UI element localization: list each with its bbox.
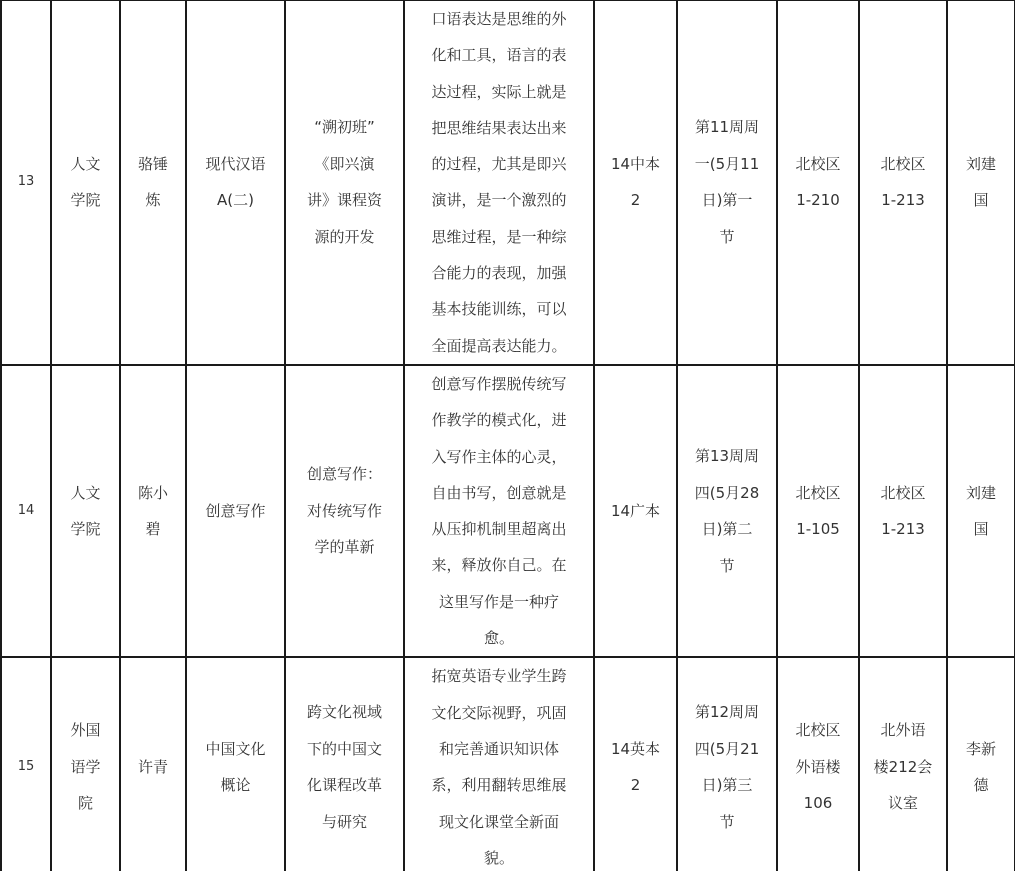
cell-index: 14 <box>1 365 51 657</box>
cell-class: 14中本2 <box>594 0 677 365</box>
cell-teacher: 许青 <box>120 657 186 871</box>
cell-index: 13 <box>1 0 51 365</box>
cell-teacher: 陈小碧 <box>120 365 186 657</box>
cell-supervisor: 刘建国 <box>947 0 1015 365</box>
cell-class: 14英本2 <box>594 657 677 871</box>
table-row: 13 人文学院 骆锤炼 现代汉语A(二) “溯初班”《即兴演讲》课程资源的开发 … <box>1 0 1015 365</box>
cell-description: 拓宽英语专业学生跨文化交际视野，巩固和完善通识知识体系，利用翻转思维展现文化课堂… <box>404 657 594 871</box>
table-row: 14 人文学院 陈小碧 创意写作 创意写作：对传统写作学的革新 创意写作摆脱传统… <box>1 365 1015 657</box>
cell-classroom: 北校区1-210 <box>777 0 859 365</box>
cell-college: 人文学院 <box>51 365 120 657</box>
cell-time: 第12周周四(5月21日)第三节 <box>677 657 777 871</box>
cell-meeting-room: 北外语楼212会议室 <box>859 657 947 871</box>
cell-time: 第11周周一(5月11日)第一节 <box>677 0 777 365</box>
cell-index: 15 <box>1 657 51 871</box>
cell-teacher: 骆锤炼 <box>120 0 186 365</box>
course-schedule-table: 13 人文学院 骆锤炼 现代汉语A(二) “溯初班”《即兴演讲》课程资源的开发 … <box>0 0 1015 871</box>
cell-meeting-room: 北校区1-213 <box>859 365 947 657</box>
cell-course: 创意写作 <box>186 365 285 657</box>
cell-classroom: 北校区1-105 <box>777 365 859 657</box>
cell-project: 跨文化视域下的中国文化课程改革与研究 <box>285 657 404 871</box>
cell-description: 创意写作摆脱传统写作教学的模式化，进入写作主体的心灵，自由书写，创意就是从压抑机… <box>404 365 594 657</box>
cell-classroom: 北校区外语楼106 <box>777 657 859 871</box>
cell-time: 第13周周四(5月28日)第二节 <box>677 365 777 657</box>
cell-description: 口语表达是思维的外化和工具，语言的表达过程，实际上就是把思维结果表达出来的过程，… <box>404 0 594 365</box>
cell-supervisor: 刘建国 <box>947 365 1015 657</box>
cell-class: 14广本 <box>594 365 677 657</box>
cell-course: 中国文化概论 <box>186 657 285 871</box>
cell-meeting-room: 北校区1-213 <box>859 0 947 365</box>
cell-supervisor: 李新德 <box>947 657 1015 871</box>
table-row: 15 外国语学院 许青 中国文化概论 跨文化视域下的中国文化课程改革与研究 拓宽… <box>1 657 1015 871</box>
cell-course: 现代汉语A(二) <box>186 0 285 365</box>
cell-project: 创意写作：对传统写作学的革新 <box>285 365 404 657</box>
cell-project: “溯初班”《即兴演讲》课程资源的开发 <box>285 0 404 365</box>
cell-college: 外国语学院 <box>51 657 120 871</box>
cell-college: 人文学院 <box>51 0 120 365</box>
